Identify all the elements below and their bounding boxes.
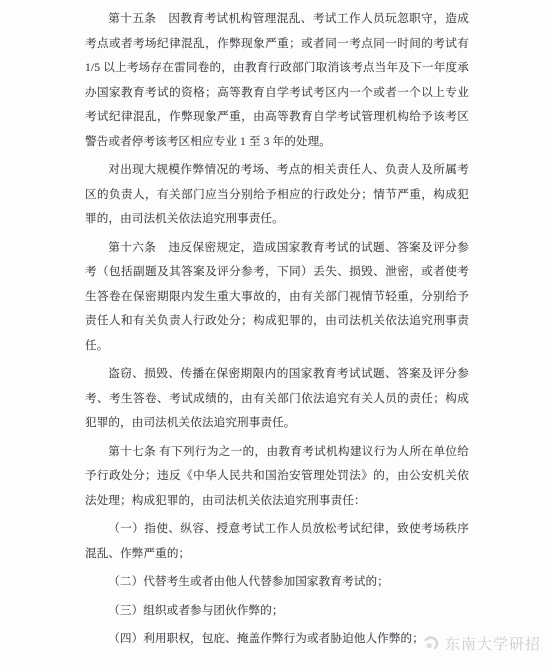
paragraph-article-17: 第十七条 有下列行为之一的，由教育考试机构建议行为人所在单位给予行政处分；违反《… [85, 440, 469, 514]
regulation-text-body: 第十五条 因教育考试机构管理混乱、考试工作人员玩忽职守，造成考点或者考场纪律混乱… [85, 7, 469, 656]
paragraph-article-17-item-3: （三）组织或者参与团伙作弊的； [85, 599, 469, 624]
paragraph-article-16-2: 盗窃、损毁、传播在保密期限内的国家教育考试试题、答案及评分参考、考生答卷、考试成… [85, 362, 469, 436]
watermark: 东南大学研招 [421, 633, 541, 654]
paragraph-article-17-item-4: （四）利用职权，包庇、掩盖作弊行为或者胁迫他人作弊的； [85, 627, 469, 652]
paragraph-article-17-item-2: （二）代替考生或者由他人代替参加国家教育考试的； [85, 570, 469, 595]
paragraph-article-15-2: 对出现大规模作弊情况的考场、考点的相关责任人、负责人及所属考区的负责人，有关部门… [85, 158, 469, 232]
paragraph-article-16: 第十六条 违反保密规定，造成国家教育考试的试题、答案及评分参考（包括副题及其答案… [85, 236, 469, 359]
paragraph-article-17-item-1: （一）指使、纵容、授意考试工作人员放松考试纪律，致使考场秩序混乱、作弊严重的； [85, 517, 469, 566]
watermark-label: 东南大学研招 [445, 633, 541, 654]
paragraph-article-15: 第十五条 因教育考试机构管理混乱、考试工作人员玩忽职守，造成考点或者考场纪律混乱… [85, 7, 469, 154]
document-page: 第十五条 因教育考试机构管理混乱、考试工作人员玩忽职守，造成考点或者考场纪律混乱… [0, 0, 550, 671]
seu-swirl-logo-icon [421, 634, 440, 653]
